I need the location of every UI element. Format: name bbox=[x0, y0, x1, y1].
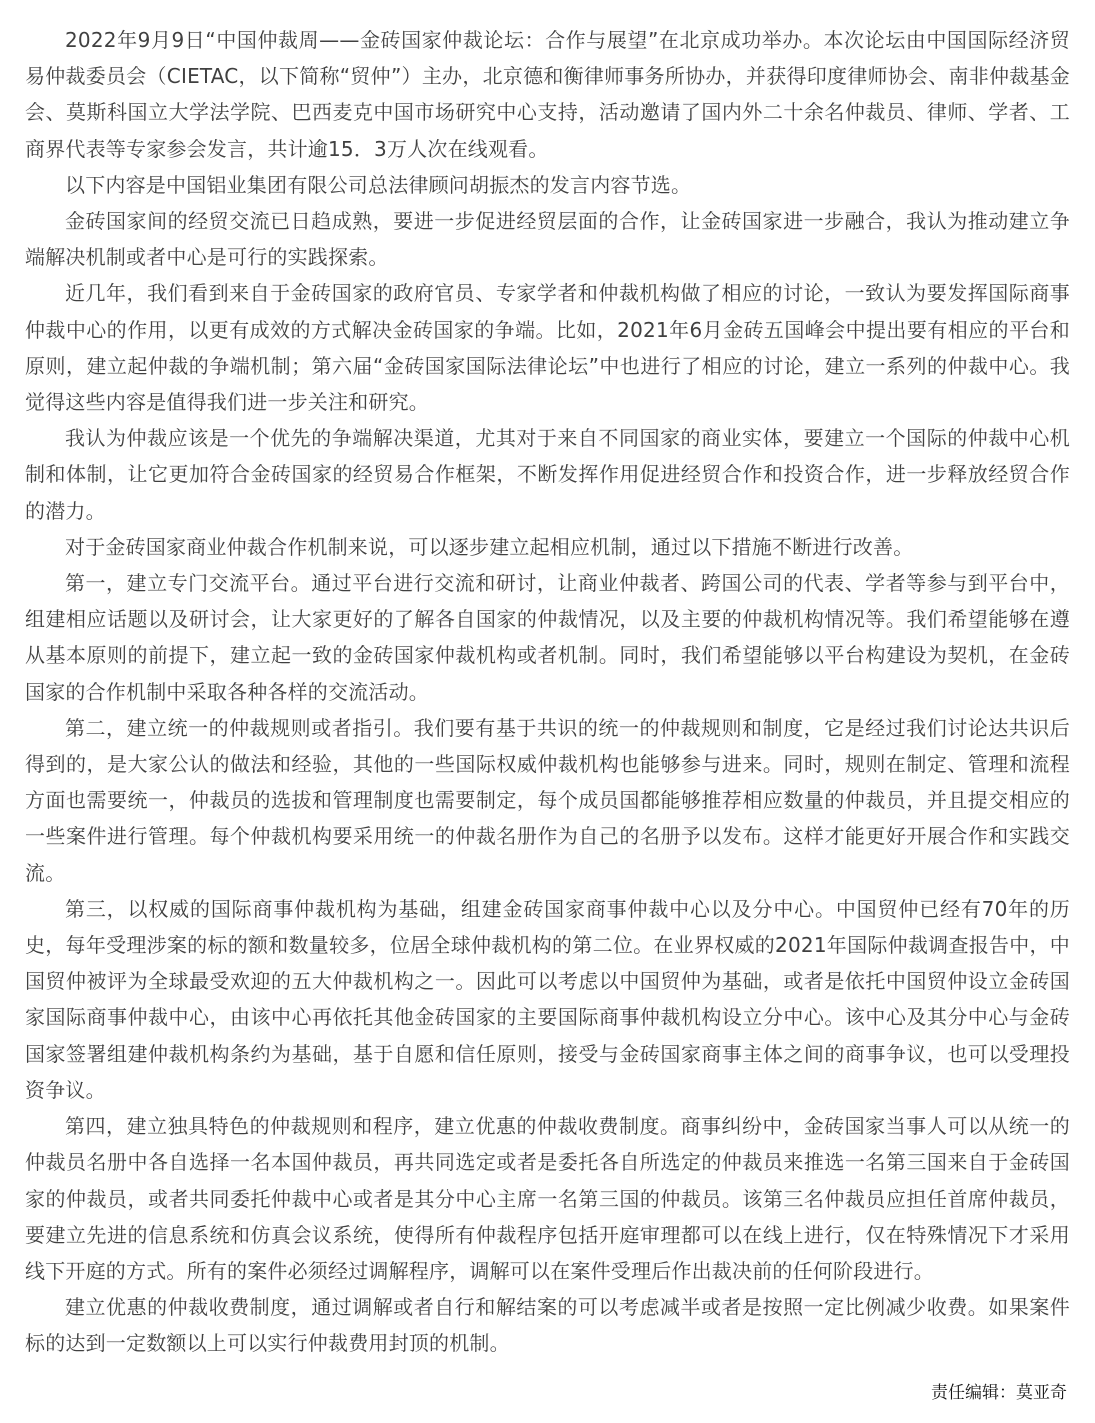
paragraph-overview: 金砖国家间的经贸交流已日趋成熟，要进一步促进经贸层面的合作，让金砖国家进一步融合… bbox=[25, 203, 1070, 275]
article-body: 2022年9月9日“中国仲裁周——金砖国家仲裁论坛：合作与展望”在北京成功举办。… bbox=[0, 0, 1095, 1362]
paragraph-measure-1: 第一，建立专门交流平台。通过平台进行交流和研讨，让商业仲裁者、跨国公司的代表、学… bbox=[25, 565, 1070, 710]
paragraph-measure-2: 第二，建立统一的仲裁规则或者指引。我们要有基于共识的统一的仲裁规则和制度，它是经… bbox=[25, 710, 1070, 891]
paragraph-speaker-note: 以下内容是中国铝业集团有限公司总法律顾问胡振杰的发言内容节选。 bbox=[25, 167, 1070, 203]
paragraph-measure-4: 第四，建立独具特色的仲裁规则和程序，建立优惠的仲裁收费制度。商事纠纷中，金砖国家… bbox=[25, 1108, 1070, 1289]
paragraph-fee-system: 建立优惠的仲裁收费制度，通过调解或者自行和解结案的可以考虑减半或者是按照一定比例… bbox=[25, 1289, 1070, 1361]
paragraph-measure-3: 第三，以权威的国际商事仲裁机构为基础，组建金砖国家商事仲裁中心以及分中心。中国贸… bbox=[25, 891, 1070, 1108]
paragraph-arbitration-channel: 我认为仲裁应该是一个优先的争端解决渠道，尤其对于来自不同国家的商业实体，要建立一… bbox=[25, 420, 1070, 529]
paragraph-intro: 2022年9月9日“中国仲裁周——金砖国家仲裁论坛：合作与展望”在北京成功举办。… bbox=[25, 22, 1070, 167]
article-page: 2022年9月9日“中国仲裁周——金砖国家仲裁论坛：合作与展望”在北京成功举办。… bbox=[0, 0, 1095, 1423]
editor-credit: 责任编辑：莫亚奇 bbox=[0, 1362, 1095, 1423]
paragraph-mechanism-lead: 对于金砖国家商业仲裁合作机制来说，可以逐步建立起相应机制，通过以下措施不断进行改… bbox=[25, 529, 1070, 565]
paragraph-recent-discussions: 近几年，我们看到来自于金砖国家的政府官员、专家学者和仲裁机构做了相应的讨论，一致… bbox=[25, 275, 1070, 420]
